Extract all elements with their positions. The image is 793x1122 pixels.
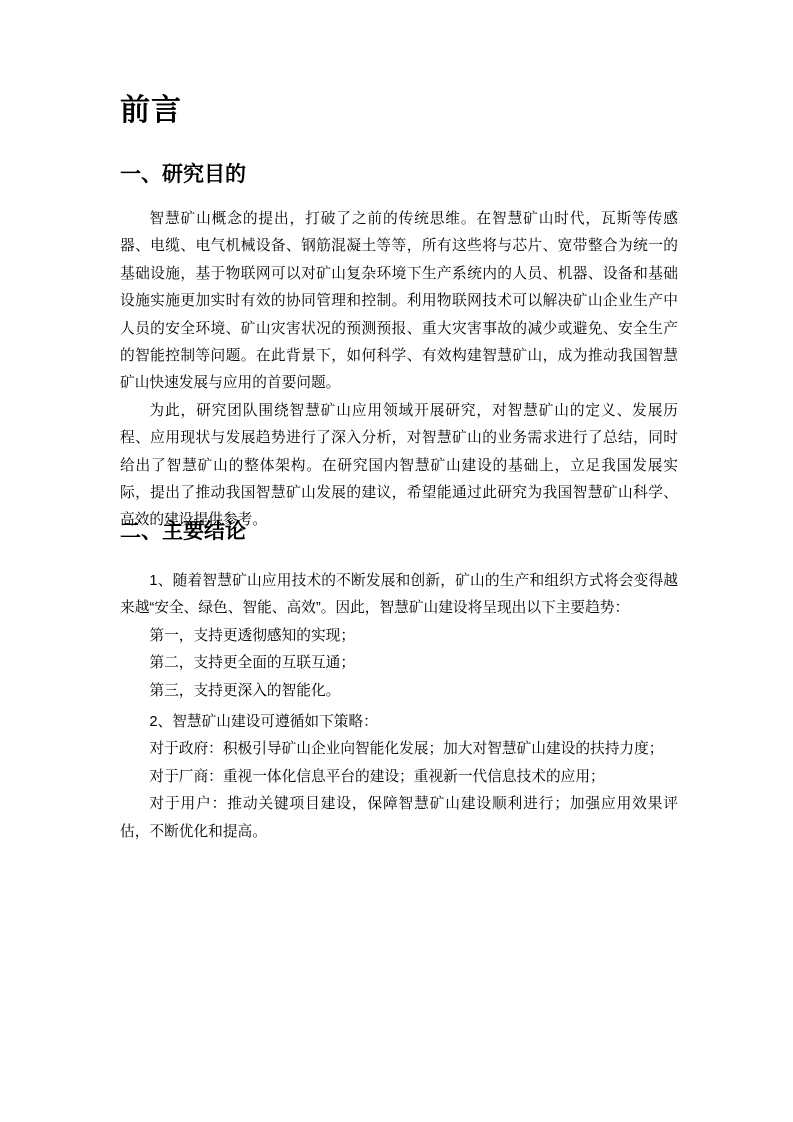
section-heading-main-conclusions: 二、主要结论 — [120, 518, 246, 546]
paragraph: 第一，支持更透彻感知的实现； — [120, 623, 678, 650]
paragraph: 对于厂商：重视一体化信息平台的建设；重视新一代信息技术的应用； — [120, 764, 678, 791]
section-body-main-conclusions: 1、随着智慧矿山应用技术的不断发展和创新，矿山的生产和组织方式将会变得越来越“安… — [120, 568, 678, 846]
paragraph: 第二，支持更全面的互联互通； — [120, 650, 678, 677]
paragraph: 对于用户：推动关键项目建设，保障智慧矿山建设顺利进行；加强应用效果评估，不断优化… — [120, 791, 678, 846]
section-heading-research-purpose: 一、研究目的 — [120, 161, 246, 189]
paragraph: 2、智慧矿山建设可遵循如下策略： — [120, 709, 678, 736]
paragraph: 1、随着智慧矿山应用技术的不断发展和创新，矿山的生产和组织方式将会变得越来越“安… — [120, 568, 678, 623]
section-body-research-purpose: 智慧矿山概念的提出，打破了之前的传统思维。在智慧矿山时代，瓦斯等传感器、电缆、电… — [120, 206, 678, 535]
document-title: 前言 — [120, 92, 182, 130]
paragraph: 智慧矿山概念的提出，打破了之前的传统思维。在智慧矿山时代，瓦斯等传感器、电缆、电… — [120, 206, 678, 398]
paragraph: 为此，研究团队围绕智慧矿山应用领域开展研究，对智慧矿山的定义、发展历程、应用现状… — [120, 398, 678, 535]
document-page: 前言 一、研究目的 智慧矿山概念的提出，打破了之前的传统思维。在智慧矿山时代，瓦… — [0, 0, 793, 1122]
paragraph: 对于政府：积极引导矿山企业向智能化发展；加大对智慧矿山建设的扶持力度； — [120, 736, 678, 763]
paragraph: 第三，支持更深入的智能化。 — [120, 678, 678, 705]
